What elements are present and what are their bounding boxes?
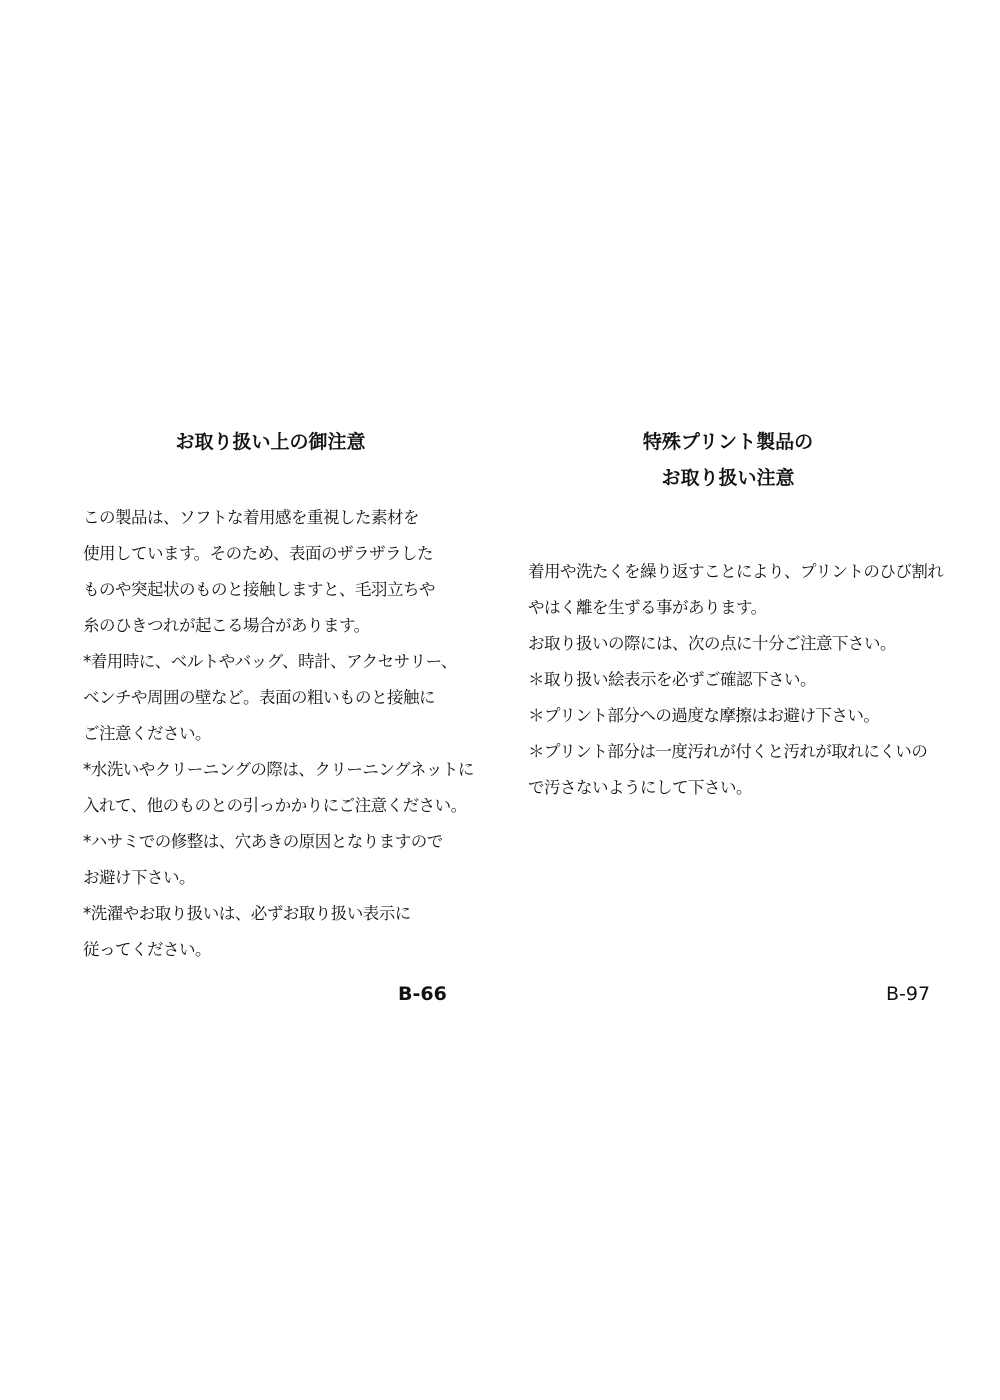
- left-notice-line: ベンチや周囲の壁など。表面の粗いものと接触に: [83, 680, 473, 716]
- left-notice-line: ものや突起状のものと接触しますと、毛羽立ちや: [83, 572, 473, 608]
- left-notice-line: *洗濯やお取り扱いは、必ずお取り扱い表示に: [83, 896, 473, 932]
- left-notice-line: *水洗いやクリーニングの際は、クリーニングネットに: [83, 752, 473, 788]
- right-notice-body: 着用や洗たくを繰り返すことにより、プリントのひび割れ やはく離を生ずる事がありま…: [528, 554, 948, 806]
- right-notice-line: ＊取り扱い絵表示を必ずご確認下さい。: [528, 662, 948, 698]
- right-notice-title: 特殊プリント製品の お取り扱い注意: [528, 424, 928, 496]
- left-notice-section: お取り扱い上の御注意 この製品は、ソフトな着用感を重視した素材を 使用しています…: [83, 424, 473, 968]
- left-notice-line: お避け下さい。: [83, 860, 473, 896]
- left-notice-title: お取り扱い上の御注意: [83, 424, 458, 460]
- left-notice-body: この製品は、ソフトな着用感を重視した素材を 使用しています。そのため、表面のザラ…: [83, 500, 473, 968]
- left-notice-line: *ハサミでの修整は、穴あきの原因となりますので: [83, 824, 473, 860]
- right-notice-section: 特殊プリント製品の お取り扱い注意 着用や洗たくを繰り返すことにより、プリントの…: [528, 424, 948, 806]
- right-notice-title-line1: 特殊プリント製品の: [643, 431, 813, 453]
- page-number-right: B-97: [886, 983, 930, 1005]
- right-notice-line: ＊プリント部分への過度な摩擦はお避け下さい。: [528, 698, 948, 734]
- page-number-left: B-66: [398, 983, 447, 1005]
- right-notice-line: お取り扱いの際には、次の点に十分ご注意下さい。: [528, 626, 948, 662]
- left-notice-line: 入れて、他のものとの引っかかりにご注意ください。: [83, 788, 473, 824]
- left-notice-line: 使用しています。そのため、表面のザラザラした: [83, 536, 473, 572]
- left-notice-line: 従ってください。: [83, 932, 473, 968]
- right-notice-line: 着用や洗たくを繰り返すことにより、プリントのひび割れ: [528, 554, 948, 590]
- right-notice-line: で汚さないようにして下さい。: [528, 770, 948, 806]
- left-notice-line: この製品は、ソフトな着用感を重視した素材を: [83, 500, 473, 536]
- right-notice-line: やはく離を生ずる事があります。: [528, 590, 948, 626]
- left-notice-line: *着用時に、ベルトやバッグ、時計、アクセサリー、: [83, 644, 473, 680]
- left-notice-line: 糸のひきつれが起こる場合があります。: [83, 608, 473, 644]
- right-notice-title-line2: お取り扱い注意: [661, 467, 794, 489]
- right-notice-line: ＊プリント部分は一度汚れが付くと汚れが取れにくいの: [528, 734, 948, 770]
- left-notice-line: ご注意ください。: [83, 716, 473, 752]
